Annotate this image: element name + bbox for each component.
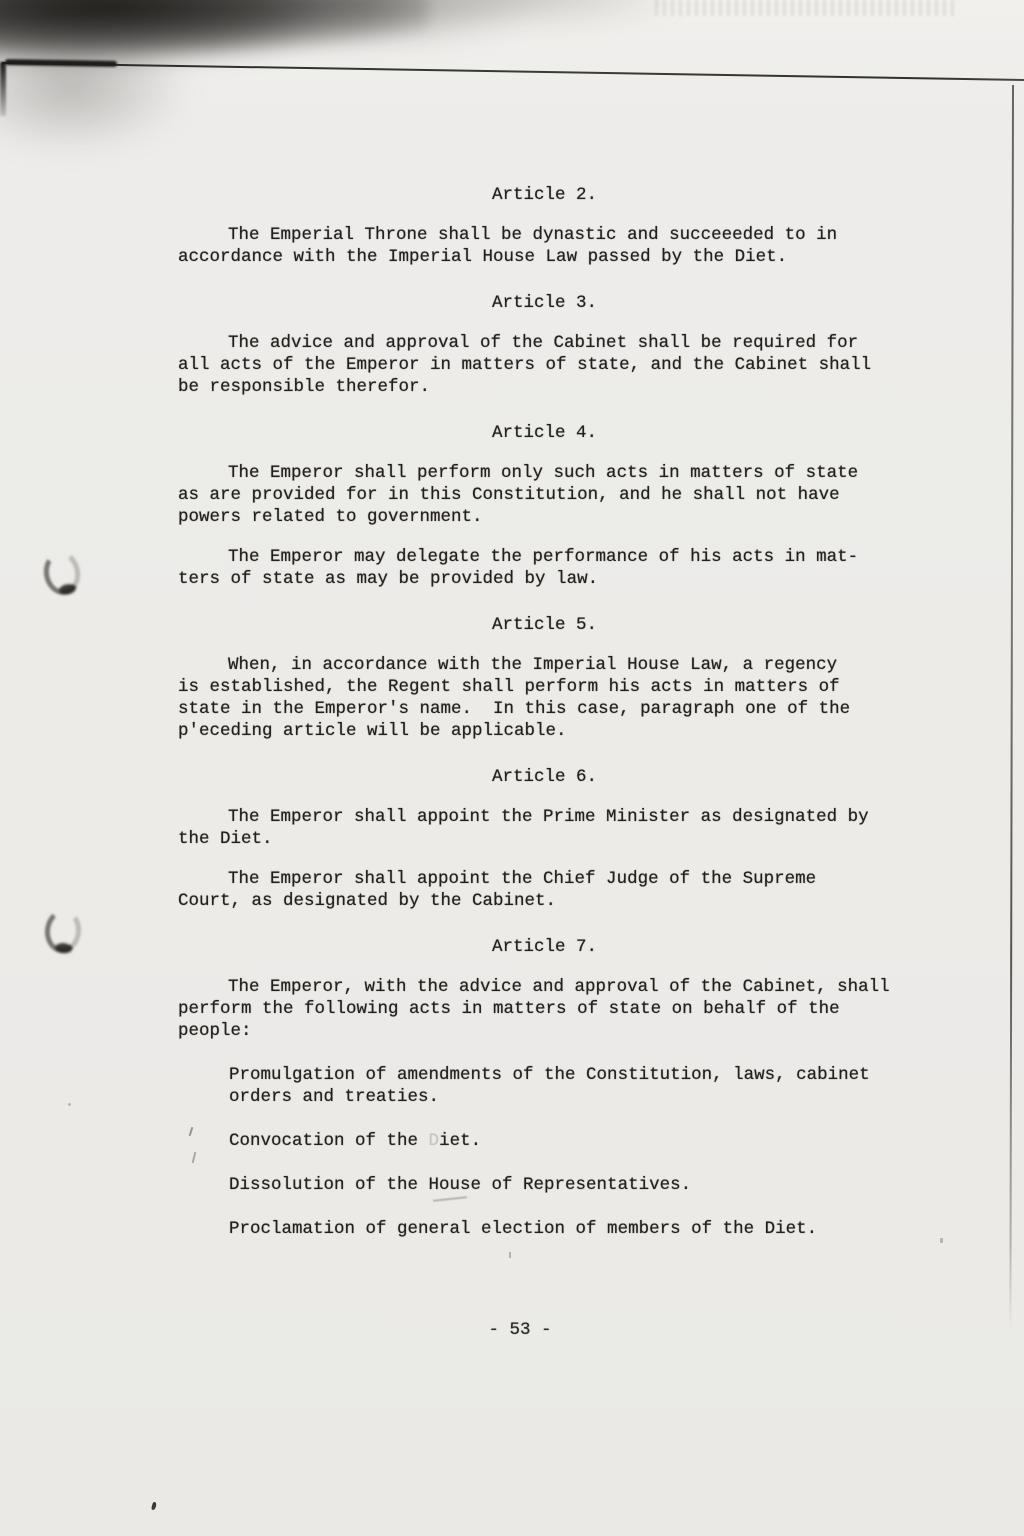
scan-speck bbox=[151, 1502, 157, 1511]
document-body: Article 2. The Emperial Throne shall be … bbox=[178, 184, 883, 1240]
text-line: The advice and approval of the Cabinet s… bbox=[178, 332, 883, 354]
text-line: powers related to government. bbox=[178, 506, 883, 528]
article-3-heading: Article 3. bbox=[192, 292, 897, 314]
text-line: ters of state as may be provided by law. bbox=[178, 568, 883, 590]
text-line: The Emperor shall appoint the Chief Judg… bbox=[178, 868, 883, 890]
article-7-heading: Article 7. bbox=[192, 936, 897, 958]
scan-smudge-core bbox=[0, 0, 428, 52]
article-2-heading: Article 2. bbox=[192, 184, 897, 206]
article-3-paragraph-1: The advice and approval of the Cabinet s… bbox=[178, 332, 883, 398]
binder-ring-mark bbox=[40, 548, 83, 598]
text-line: the Diet. bbox=[178, 828, 883, 850]
text-line: Dissolution of the House of Representati… bbox=[229, 1174, 883, 1196]
scan-speck bbox=[68, 1103, 71, 1106]
article-2-paragraph-1: The Emperial Throne shall be dynastic an… bbox=[178, 224, 883, 268]
list-item-convocation: Convocation of the Diet. bbox=[178, 1130, 883, 1152]
faded-character: D bbox=[429, 1131, 440, 1151]
text-line: as are provided for in this Constitution… bbox=[178, 484, 883, 506]
scan-speck bbox=[940, 1238, 943, 1243]
text-line: The Emperial Throne shall be dynastic an… bbox=[178, 224, 883, 246]
text-line: state in the Emperor's name. In this cas… bbox=[178, 698, 883, 720]
text-line: Proclamation of general election of memb… bbox=[229, 1218, 883, 1240]
binder-ring-mark bbox=[43, 907, 83, 955]
text-line: people: bbox=[178, 1020, 883, 1042]
text-line: orders and treaties. bbox=[229, 1086, 883, 1108]
list-item-promulgation: Promulgation of amendments of the Consti… bbox=[178, 1064, 883, 1108]
text-line: is established, the Regent shall perform… bbox=[178, 676, 883, 698]
text-line: The Emperor may delegate the performance… bbox=[178, 546, 883, 568]
list-item-dissolution: Dissolution of the House of Representati… bbox=[178, 1174, 883, 1196]
list-item-proclamation: Proclamation of general election of memb… bbox=[178, 1218, 883, 1240]
article-6-heading: Article 6. bbox=[192, 766, 897, 788]
text-segment: iet. bbox=[439, 1131, 481, 1151]
text-line: p'eceding article will be applicable. bbox=[178, 720, 883, 742]
text-line: perform the following acts in matters of… bbox=[178, 998, 883, 1020]
text-line: When, in accordance with the Imperial Ho… bbox=[178, 654, 883, 676]
scan-right-page-edge bbox=[1009, 85, 1014, 1330]
text-line: be responsible therefor. bbox=[178, 376, 883, 398]
article-7-paragraph-1: The Emperor, with the advice and approva… bbox=[178, 976, 883, 1042]
text-line: Convocation of the Diet. bbox=[229, 1130, 883, 1152]
article-6-paragraph-2: The Emperor shall appoint the Chief Judg… bbox=[178, 868, 883, 912]
scan-top-rule bbox=[2, 62, 1024, 81]
text-line: Promulgation of amendments of the Consti… bbox=[229, 1064, 883, 1086]
text-line: all acts of the Emperor in matters of st… bbox=[178, 354, 883, 376]
scanned-document-page: Article 2. The Emperial Throne shall be … bbox=[0, 0, 1024, 1536]
article-4-paragraph-1: The Emperor shall perform only such acts… bbox=[178, 462, 883, 528]
text-line: The Emperor shall perform only such acts… bbox=[178, 462, 883, 484]
scan-left-edge-mark bbox=[0, 62, 6, 116]
scan-noise-top-right bbox=[655, 0, 955, 16]
scan-speck bbox=[509, 1252, 511, 1258]
text-segment: Convocation of the bbox=[229, 1131, 429, 1151]
text-line: Court, as designated by the Cabinet. bbox=[178, 890, 883, 912]
text-line: accordance with the Imperial House Law p… bbox=[178, 246, 883, 268]
article-5-heading: Article 5. bbox=[192, 614, 897, 636]
article-5-paragraph-1: When, in accordance with the Imperial Ho… bbox=[178, 654, 883, 742]
article-4-heading: Article 4. bbox=[192, 422, 897, 444]
text-line: The Emperor shall appoint the Prime Mini… bbox=[178, 806, 883, 828]
article-6-paragraph-1: The Emperor shall appoint the Prime Mini… bbox=[178, 806, 883, 850]
page-number: - 53 - bbox=[0, 1320, 1024, 1340]
article-4-paragraph-2: The Emperor may delegate the performance… bbox=[178, 546, 883, 590]
scan-smudge-top-left bbox=[0, 0, 730, 150]
text-line: The Emperor, with the advice and approva… bbox=[178, 976, 883, 998]
